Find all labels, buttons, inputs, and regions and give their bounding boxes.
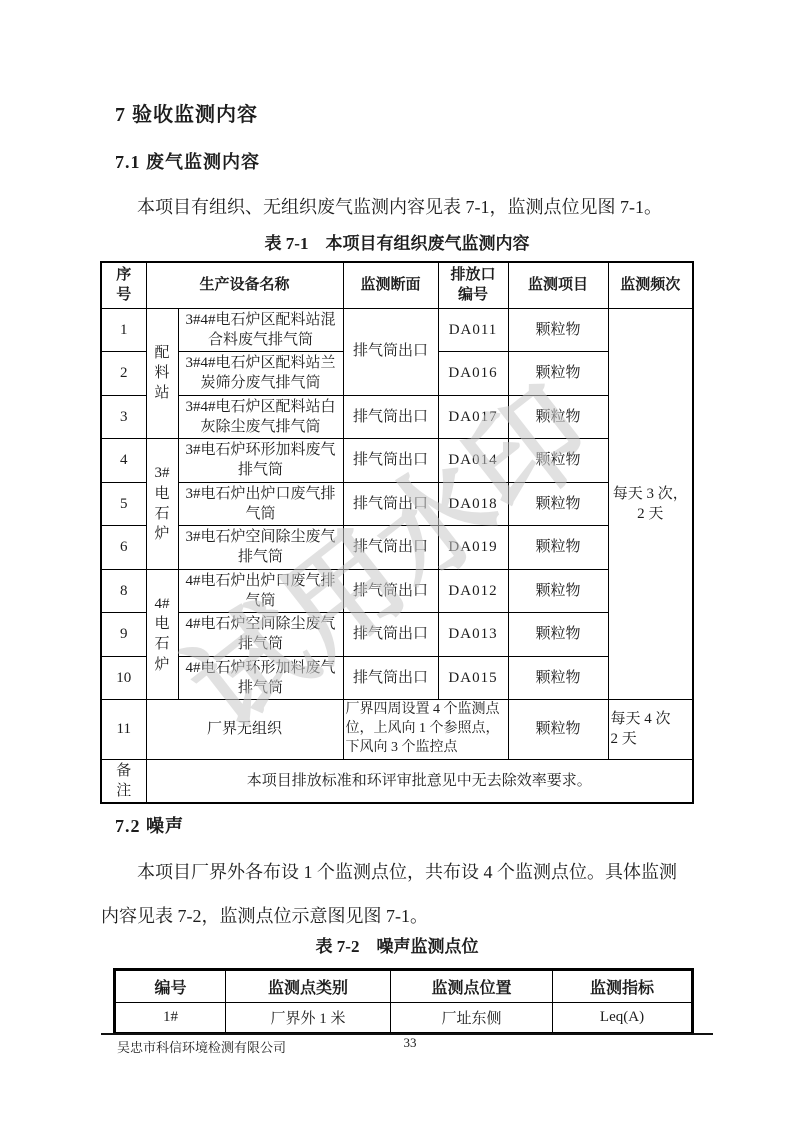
table-row: 5 3#电石炉出炉口废气排气筒 排气筒出口 DA018 颗粒物 [101,482,693,526]
note-label: 备 注 [101,759,146,803]
cell-section: 排气筒出口 [343,656,438,700]
cell-outlet: DA011 [438,308,508,352]
table-row: 3 3#4#电石炉区配料站白灰除尘废气排气筒 排气筒出口 DA017 颗粒物 [101,395,693,439]
cell-item: 颗粒物 [508,308,608,352]
table-row: 6 3#电石炉空间除尘废气排气筒 排气筒出口 DA019 颗粒物 [101,526,693,570]
header-point-type: 监测点类别 [226,970,391,1003]
cell-outlet: DA015 [438,656,508,700]
table-note-row: 备 注 本项目排放标准和环评审批意见中无去除效率要求。 [101,759,693,803]
cell-no: 8 [101,569,146,613]
cell-section: 排气筒出口 [343,308,438,395]
cell-no: 6 [101,526,146,570]
group-label-batching-station: 配 料 站 [146,308,178,439]
cell-outlet: DA012 [438,569,508,613]
cell-device-name: 3#电石炉环形加料废气排气筒 [178,439,343,483]
cell-point-type: 厂界外 1 米 [226,1003,391,1034]
cell-no: 5 [101,482,146,526]
cell-item: 颗粒物 [508,395,608,439]
header-item: 监测项目 [508,262,608,308]
cell-no: 1 [101,308,146,352]
cell-section: 排气筒出口 [343,395,438,439]
table1-caption: 表 7-1 本项目有组织废气监测内容 [101,229,693,254]
cell-point-location: 厂址东侧 [391,1003,553,1034]
cell-section: 排气筒出口 [343,482,438,526]
cell-item: 颗粒物 [508,569,608,613]
cell-item: 颗粒物 [508,700,608,760]
cell-item: 颗粒物 [508,526,608,570]
cell-section: 排气筒出口 [343,439,438,483]
header-section: 监测断面 [343,262,438,308]
table2-caption: 表 7-2 噪声监测点位 [101,932,693,957]
cell-device-name: 3#电石炉出炉口废气排气筒 [178,482,343,526]
cell-outlet: DA014 [438,439,508,483]
group-label-furnace-4: 4# 电 石 炉 [146,569,178,700]
header-no: 序 号 [101,262,146,308]
cell-device-name: 4#电石炉出炉口废气排气筒 [178,569,343,613]
cell-item: 颗粒物 [508,439,608,483]
cell-item: 颗粒物 [508,482,608,526]
cell-fugitive-name: 厂界无组织 [146,700,343,760]
table-row-fugitive: 11 厂界无组织 厂界四周设置 4 个监测点位，上风向 1 个参照点，下风向 3… [101,700,693,760]
table-row: 4 3# 电 石 炉 3#电石炉环形加料废气排气筒 排气筒出口 DA014 颗粒… [101,439,693,483]
header-freq: 监测频次 [608,262,693,308]
cell-no: 11 [101,700,146,760]
cell-no: 10 [101,656,146,700]
cell-outlet: DA013 [438,613,508,657]
header-id: 编号 [115,970,226,1003]
table-row: 10 4#电石炉环形加料废气排气筒 排气筒出口 DA015 颗粒物 [101,656,693,700]
cell-no: 3 [101,395,146,439]
cell-frequency-main: 每天 3 次， 2 天 [608,308,693,700]
cell-section: 排气筒出口 [343,569,438,613]
cell-device-name: 3#4#电石炉区配料站混合料废气排气筒 [178,308,343,352]
cell-section: 排气筒出口 [343,526,438,570]
header-device: 生产设备名称 [146,262,343,308]
cell-device-name: 3#4#电石炉区配料站兰炭筛分废气排气筒 [178,352,343,396]
cell-item: 颗粒物 [508,656,608,700]
table-row: 9 4#电石炉空间除尘废气排气筒 排气筒出口 DA013 颗粒物 [101,613,693,657]
cell-outlet: DA018 [438,482,508,526]
header-indicator: 监测指标 [553,970,693,1003]
cell-no: 9 [101,613,146,657]
note-text: 本项目排放标准和环评审批意见中无去除效率要求。 [146,759,693,803]
cell-device-name: 3#4#电石炉区配料站白灰除尘废气排气筒 [178,395,343,439]
header-point-location: 监测点位置 [391,970,553,1003]
cell-fugitive-desc: 厂界四周设置 4 个监测点位，上风向 1 个参照点，下风向 3 个监控点 [343,700,508,760]
cell-item: 颗粒物 [508,613,608,657]
table2-row: 1# 厂界外 1 米 厂址东侧 Leq(A) [115,1003,693,1034]
footer-page-number: 33 [0,1035,793,1051]
cell-device-name: 4#电石炉空间除尘废气排气筒 [178,613,343,657]
cell-indicator: Leq(A) [553,1003,693,1034]
cell-device-name: 4#电石炉环形加料废气排气筒 [178,656,343,700]
section-heading-7-2: 7.2 噪声 [115,812,184,838]
table-7-1: 序 号 生产设备名称 监测断面 排放口 编号 监测项目 监测频次 1 配 料 站… [100,261,694,804]
cell-frequency-fugitive: 每天 4 次 2 天 [608,700,693,760]
header-outlet: 排放口 编号 [438,262,508,308]
table-7-2: 编号 监测点类别 监测点位置 监测指标 1# 厂界外 1 米 厂址东侧 Leq(… [113,968,694,1035]
paragraph-7-2: 本项目厂界外各布设 1 个监测点位，共布设 4 个监测点位。具体监测内容见表 7… [101,850,687,938]
cell-outlet: DA016 [438,352,508,396]
cell-item: 颗粒物 [508,352,608,396]
cell-no: 2 [101,352,146,396]
table-row: 1 配 料 站 3#4#电石炉区配料站混合料废气排气筒 排气筒出口 DA011 … [101,308,693,352]
paragraph-7-1: 本项目有组织、无组织废气监测内容见表 7-1，监测点位见图 7-1。 [101,192,693,222]
cell-section: 排气筒出口 [343,613,438,657]
document-page: 7 验收监测内容 7.1 废气监测内容 本项目有组织、无组织废气监测内容见表 7… [0,0,793,1122]
cell-id: 1# [115,1003,226,1034]
table-header-row: 序 号 生产设备名称 监测断面 排放口 编号 监测项目 监测频次 [101,262,693,308]
cell-outlet: DA019 [438,526,508,570]
section-heading-7-1: 7.1 废气监测内容 [115,148,260,174]
cell-no: 4 [101,439,146,483]
chapter-heading: 7 验收监测内容 [115,98,258,127]
group-label-furnace-3: 3# 电 石 炉 [146,439,178,570]
table2-header-row: 编号 监测点类别 监测点位置 监测指标 [115,970,693,1003]
cell-outlet: DA017 [438,395,508,439]
cell-device-name: 3#电石炉空间除尘废气排气筒 [178,526,343,570]
table-row: 8 4# 电 石 炉 4#电石炉出炉口废气排气筒 排气筒出口 DA012 颗粒物 [101,569,693,613]
